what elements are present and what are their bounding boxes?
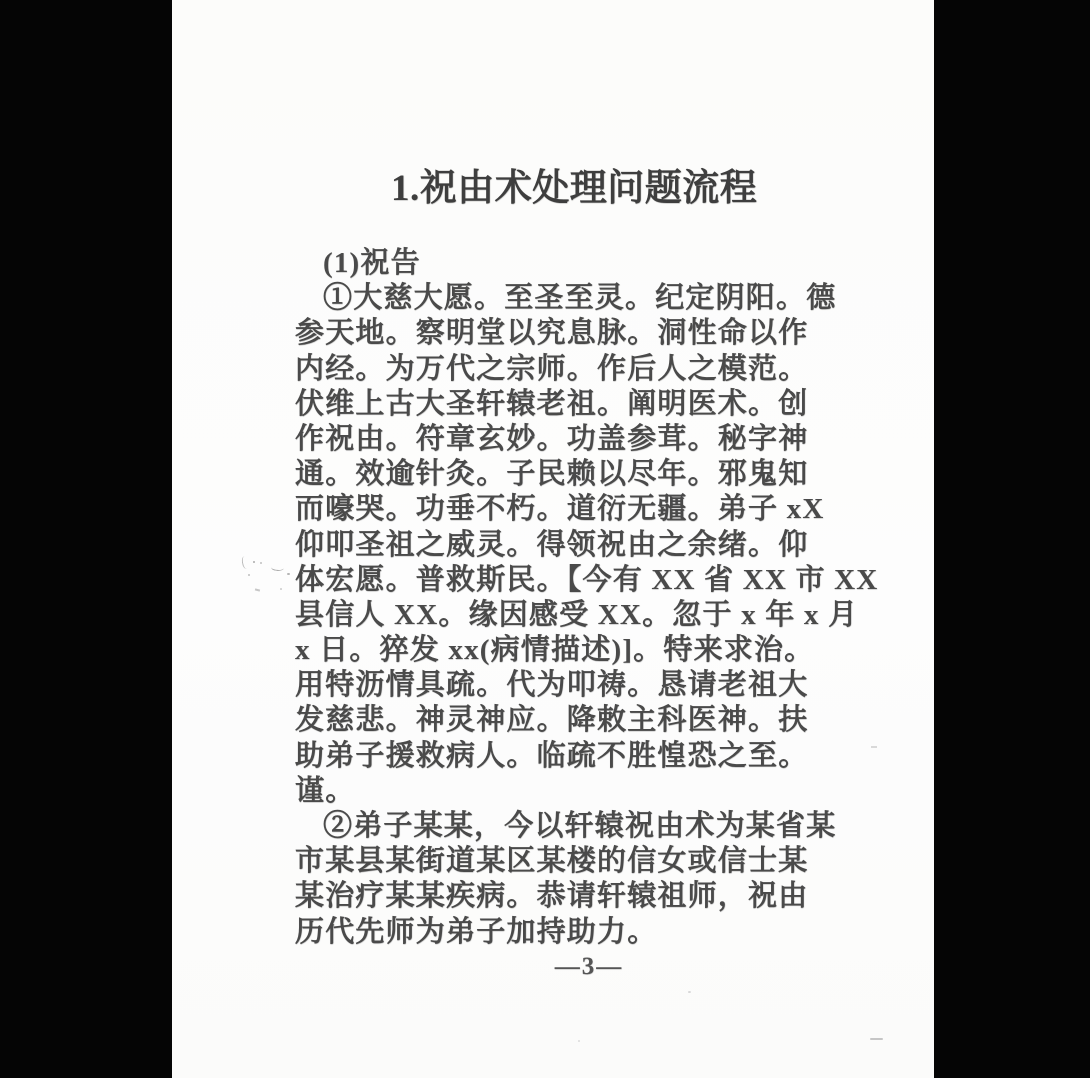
- section-heading: (1)祝告: [295, 246, 819, 281]
- pencil-smudge-mark: [260, 562, 262, 564]
- body-text-block: (1)祝告 ①大慈大愿。至圣至灵。纪定阴阳。德 参天地。察明堂以究息脉。洞性命以…: [295, 246, 819, 950]
- body-line: 历代先师为弟子加持助力。: [295, 915, 819, 950]
- scan-artifact: [870, 1038, 883, 1040]
- scan-artifact: [871, 746, 877, 748]
- scan-artifact: [578, 1040, 580, 1042]
- body-line: 伏维上古大圣轩辕老祖。阐明医术。创: [295, 387, 819, 422]
- body-line: 谨。: [295, 774, 819, 809]
- body-line: 某治疗某某疾病。恭请轩辕祖师，祝由: [295, 879, 819, 914]
- body-line: 作祝由。符章玄妙。功盖参茸。秘字神: [295, 422, 819, 457]
- body-line: 通。效逾针灸。子民赖以尽年。邪鬼知: [295, 457, 819, 492]
- pencil-smudge-mark: [280, 588, 282, 590]
- body-line: 参天地。察明堂以究息脉。洞性命以作: [295, 316, 819, 351]
- body-line: 市某县某街道某区某楼的信女或信士某: [295, 844, 819, 879]
- pencil-smudge-mark: [241, 555, 250, 569]
- pencil-smudge-mark: [248, 574, 250, 576]
- body-line: 内经。为万代之宗师。作后人之模范。: [295, 352, 819, 387]
- body-line: x 日。猝发 xx(病情描述)]。特来求治。: [295, 633, 819, 668]
- body-line: 县信人 XX。缘因感受 XX。忽于 x 年 x 月: [295, 598, 819, 633]
- pencil-smudge-mark: [253, 561, 255, 563]
- screenshot-root: { "document": { "title": "1.祝由术处理问题流程", …: [0, 0, 1090, 1078]
- pencil-smudge-mark: [255, 588, 260, 591]
- body-line: 仰叩圣祖之威灵。得领祝由之余绪。仰: [295, 528, 819, 563]
- body-line: 用特沥情具疏。代为叩祷。恳请老祖大: [295, 668, 819, 703]
- page-title: 1.祝由术处理问题流程: [391, 166, 757, 212]
- body-line: ①大慈大愿。至圣至灵。纪定阴阳。德: [295, 281, 819, 316]
- scan-artifact: [688, 991, 691, 993]
- body-line: ②弟子某某，今以轩辕祝由术为某省某: [295, 809, 819, 844]
- body-line: 发慈悲。神灵神应。降敕主科医神。扶: [295, 703, 819, 738]
- pencil-smudge-mark: [271, 563, 285, 572]
- pencil-smudge-mark: [287, 573, 290, 575]
- body-line: 体宏愿。普救斯民。【今有 XX 省 XX 市 XX: [295, 563, 819, 598]
- body-line: 而嚎哭。功垂不朽。道衍无疆。弟子 xX: [295, 492, 819, 527]
- body-line: 助弟子援救病人。临疏不胜惶恐之至。: [295, 739, 819, 774]
- page-number: —3—: [544, 953, 634, 981]
- scanned-page: 1.祝由术处理问题流程 (1)祝告 ①大慈大愿。至圣至灵。纪定阴阳。德 参天地。…: [172, 0, 934, 1078]
